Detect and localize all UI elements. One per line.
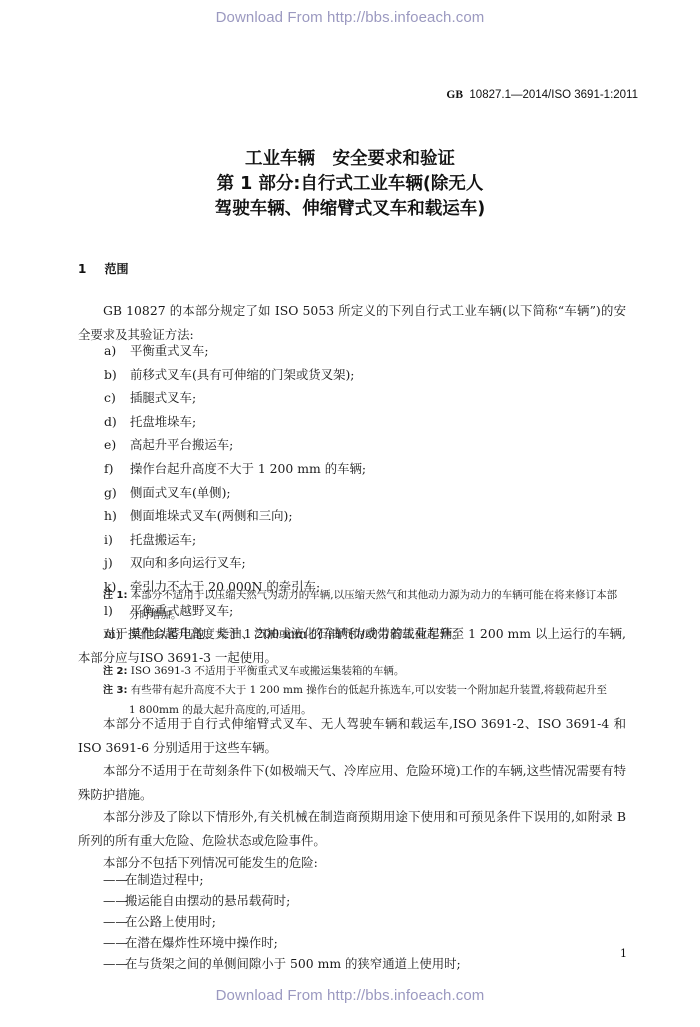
note-text: 本部分不适用于以压缩天然气为动力的车辆,以压缩天然气和其他动力源为动力的车辆可能… [131, 589, 617, 601]
list-item: ——在公路上使用时; [103, 911, 461, 932]
note-label: 注 2: [103, 666, 127, 677]
list-item: ——搬运能自由摆动的悬吊载荷时; [103, 890, 461, 911]
list-item: e)高起升平台搬运车; [104, 433, 465, 457]
note-label: 注 3: [103, 685, 127, 696]
list-item: g)侧面式叉车(单侧); [104, 481, 465, 505]
title-line-1: 工业车辆 安全要求和验证 [0, 147, 700, 172]
note-label: 注 1: [103, 590, 127, 601]
watermark-top: Download From http://bbs.infoeach.com [0, 9, 700, 26]
excluded-list: ——在制造过程中; ——搬运能自由摆动的悬吊载荷时; ——在公路上使用时; ——… [103, 869, 461, 974]
watermark-bottom: Download From http://bbs.infoeach.com [0, 987, 700, 1004]
standard-code-prefix: GB [446, 89, 463, 101]
list-item: d)托盘堆垛车; [104, 410, 465, 434]
list-item: b)前移式叉车(具有可伸缩的门架或货叉架); [104, 363, 465, 387]
section-heading: 1 范围 [78, 260, 129, 277]
note-text: 有些带有起升高度不大于 1 200 mm 操作台的低起升拣选车,可以安装一个附加… [131, 684, 607, 696]
page-number: 1 [620, 947, 627, 960]
note-text: ISO 3691-3 不适用于平衡重式叉车或搬运集装箱的车辆。 [131, 665, 405, 677]
standard-code-number: 10827.1—2014/ISO 3691-1:2011 [469, 89, 638, 101]
paragraph-not-apply-harsh: 本部分不适用于在苛刻条件下(如极端天气、冷库应用、危险环境)工作的车辆,这些情况… [78, 759, 626, 806]
title-line-3: 驾驶车辆、伸缩臂式叉车和载运车) [0, 197, 700, 222]
list-item: ——在与货架之间的单侧间隙小于 500 mm 的狭窄通道上使用时; [103, 953, 461, 974]
paragraph-excluded-intro: 本部分不包括下列情况可能发生的危险: [78, 824, 626, 873]
list-item: f)操作台起升高度不大于 1 200 mm 的车辆; [104, 457, 465, 481]
list-item: i)托盘搬运车; [104, 528, 465, 552]
list-item: ——在制造过程中; [103, 869, 461, 890]
list-item: j)双向和多向运行叉车; [104, 551, 465, 575]
section-title: 范围 [105, 262, 129, 276]
list-item: ——在潜在爆炸性环境中操作时; [103, 932, 461, 953]
note-1: 注 1: 本部分不适用于以压缩天然气为动力的车辆,以压缩天然气和其他动力源为动力… [103, 586, 626, 624]
title-line-2: 第 1 部分:自行式工业车辆(除无人 [0, 172, 700, 197]
document-title: 工业车辆 安全要求和验证 第 1 部分:自行式工业车辆(除无人 驾驶车辆、伸缩臂… [0, 147, 700, 222]
standard-code: GB 10827.1—2014/ISO 3691-1:2011 [446, 89, 638, 101]
note-2: 注 2: ISO 3691-3 不适用于平衡重式叉车或搬运集装箱的车辆。 [103, 662, 626, 682]
list-item: c)插腿式叉车; [104, 386, 465, 410]
list-item: a)平衡重式叉车; [104, 339, 465, 363]
paragraph-not-apply-telescopic: 本部分不适用于自行式伸缩臂式叉车、无人驾驶车辆和载运车,ISO 3691-2、I… [78, 712, 626, 759]
section-number: 1 [78, 262, 86, 276]
list-item: h)侧面堆垛式叉车(两侧和三向); [104, 504, 465, 528]
